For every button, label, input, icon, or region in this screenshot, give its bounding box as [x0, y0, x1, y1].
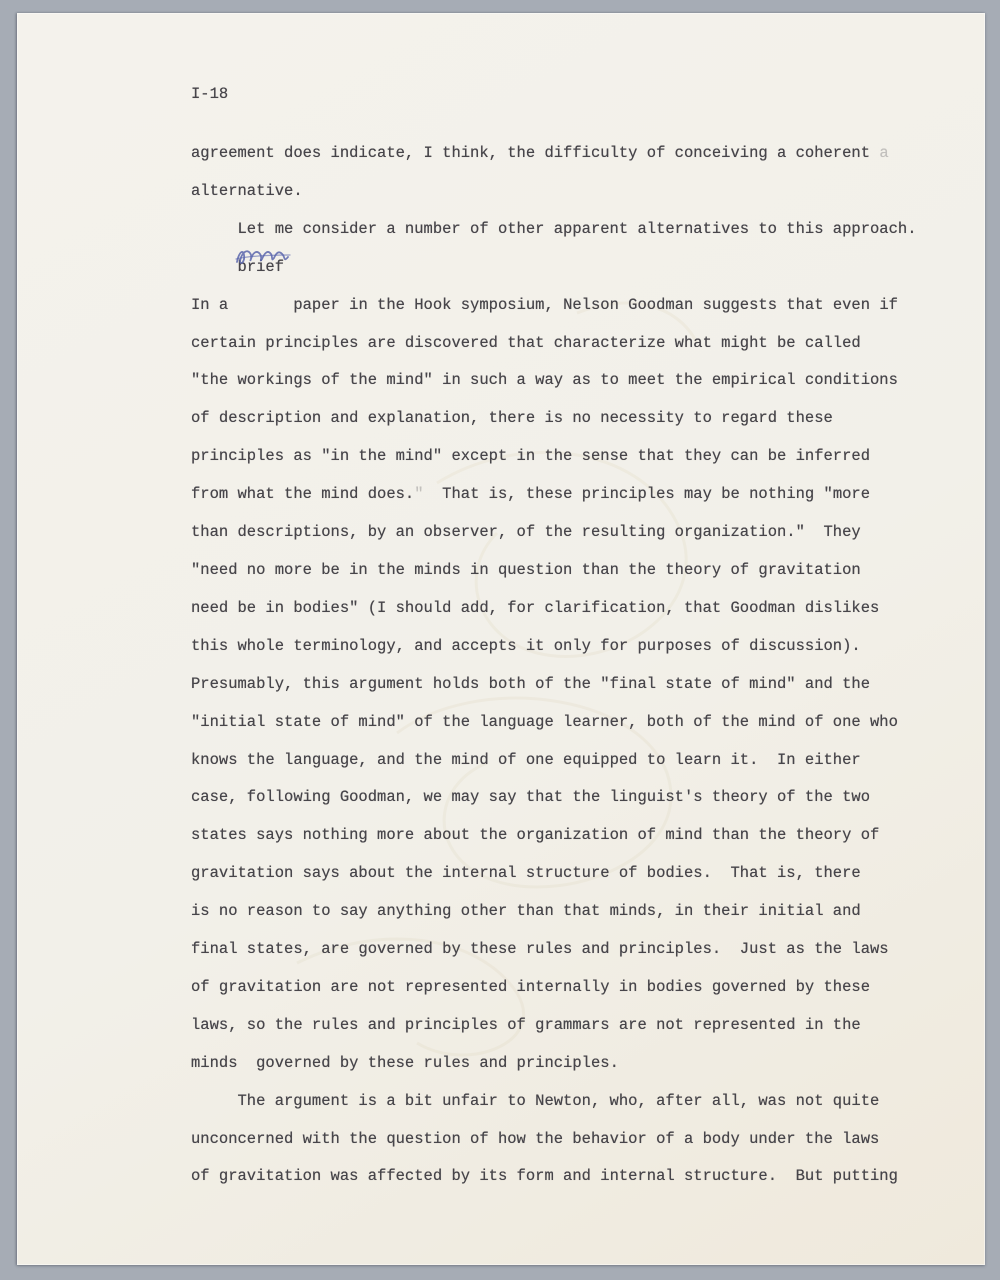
text-line: this whole terminology, and accepts it o… [191, 628, 951, 666]
text-segment: certain principles are discovered that c… [191, 334, 861, 352]
text-line: from what the mind does." That is, these… [191, 476, 951, 514]
text-segment: "need no more be in the minds in questio… [191, 561, 861, 579]
text-line: gravitation says about the internal stru… [191, 855, 951, 893]
text-line: The argument is a bit unfair to Newton, … [191, 1083, 951, 1121]
text-segment: agreement does indicate, I think, the di… [191, 144, 879, 162]
overstruck-word: brief [238, 249, 285, 325]
scanner-background: I-18 agreement does indicate, I think, t… [0, 0, 1000, 1280]
text-segment: That is, these principles may be nothing… [424, 485, 870, 503]
text-line: "initial state of mind" of the language … [191, 704, 951, 742]
text-line: alternative. [191, 173, 951, 211]
text-line: laws, so the rules and principles of gra… [191, 1007, 951, 1045]
text-line: minds governed by these rules and princi… [191, 1045, 951, 1083]
text-line: unconcerned with the question of how the… [191, 1121, 951, 1159]
text-line: "the workings of the mind" in such a way… [191, 362, 951, 400]
text-segment: principles as "in the mind" except in th… [191, 447, 870, 465]
text-line: Let me consider a number of other appare… [191, 211, 951, 249]
text-segment: "initial state of mind" of the language … [191, 713, 898, 731]
text-segment: knows the language, and the mind of one … [191, 751, 861, 769]
text-segment: need be in bodies" (I should add, for cl… [191, 599, 879, 617]
text-line: of gravitation are not represented inter… [191, 969, 951, 1007]
text-segment: a [879, 144, 888, 162]
text-segment: "the workings of the mind" in such a way… [191, 371, 898, 389]
text-segment: In a [191, 296, 238, 314]
text-segment: is no reason to say anything other than … [191, 902, 861, 920]
text-line: than descriptions, by an observer, of th… [191, 514, 951, 552]
text-segment: states says nothing more about the organ… [191, 826, 879, 844]
text-line: of gravitation was affected by its form … [191, 1158, 951, 1196]
text-line: is no reason to say anything other than … [191, 893, 951, 931]
page-number-label: I-18 [191, 85, 228, 103]
text-line: "need no more be in the minds in questio… [191, 552, 951, 590]
text-line: final states, are governed by these rule… [191, 931, 951, 969]
text-line: In a brief paper in the Hook symposium, … [191, 249, 951, 325]
text-segment: case, following Goodman, we may say that… [191, 788, 870, 806]
text-line: agreement does indicate, I think, the di… [191, 135, 951, 173]
text-segment: laws, so the rules and principles of gra… [191, 1016, 861, 1034]
text-body: agreement does indicate, I think, the di… [191, 135, 951, 1196]
text-segment: of description and explanation, there is… [191, 409, 833, 427]
text-line: principles as "in the mind" except in th… [191, 438, 951, 476]
text-line: case, following Goodman, we may say that… [191, 779, 951, 817]
text-segment: paper in the Hook symposium, Nelson Good… [284, 296, 898, 314]
text-segment: The argument is a bit unfair to Newton, … [238, 1092, 880, 1110]
manuscript-page: I-18 agreement does indicate, I think, t… [17, 13, 985, 1265]
text-line: certain principles are discovered that c… [191, 325, 951, 363]
text-segment: minds governed by these rules and princi… [191, 1054, 619, 1072]
text-segment: unconcerned with the question of how the… [191, 1130, 879, 1148]
text-segment: final states, are governed by these rule… [191, 940, 889, 958]
text-segment: Let me consider a number of other appare… [238, 220, 917, 238]
text-line: states says nothing more about the organ… [191, 817, 951, 855]
text-segment: alternative. [191, 182, 303, 200]
text-segment: than descriptions, by an observer, of th… [191, 523, 861, 541]
text-segment: gravitation says about the internal stru… [191, 864, 861, 882]
text-segment: this whole terminology, and accepts it o… [191, 637, 861, 655]
text-line: of description and explanation, there is… [191, 400, 951, 438]
text-segment: from what the mind does. [191, 485, 414, 503]
text-segment: Presumably, this argument holds both of … [191, 675, 870, 693]
text-line: knows the language, and the mind of one … [191, 742, 951, 780]
text-segment: " [414, 485, 423, 503]
text-line: Presumably, this argument holds both of … [191, 666, 951, 704]
text-segment: of gravitation was affected by its form … [191, 1167, 898, 1185]
text-segment: of gravitation are not represented inter… [191, 978, 870, 996]
text-line: need be in bodies" (I should add, for cl… [191, 590, 951, 628]
